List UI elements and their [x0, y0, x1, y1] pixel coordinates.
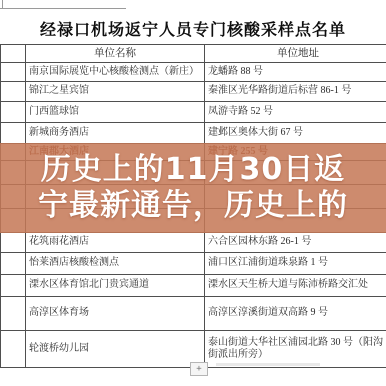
cell-name: 新城商务酒店 — [26, 123, 205, 144]
cell-addr: 浦口区江浦街道珠泉路 1 号 — [205, 253, 386, 275]
caption-line-2: 宁最新通告，历史上的 — [38, 188, 348, 224]
screenshot-canvas: 经禄口机场返宁人员专门核酸采样点名单 单位名称 单位地址 南京国际展览中心核酸检… — [0, 0, 386, 386]
cell-addr: 龙蟠路 88 号 — [205, 63, 386, 82]
cell-addr: 六合区园林东路 26-1 号 — [205, 233, 386, 253]
table-row: 南京国际展览中心核酸检测点（新庄） 龙蟠路 88 号 — [1, 63, 386, 82]
table-add-handle[interactable]: + — [190, 362, 208, 376]
cell-name: 怡莱酒店核酸检测点 — [26, 253, 205, 275]
table-row: 高淳区体育场 高淳区淳溪街道双高路 9 号 (1 — [1, 297, 386, 331]
cell-addr: 溧水区天生桥大道与陈沛桥路交汇处 — [205, 275, 386, 297]
cell-addr: 高淳区淳溪街道双高路 9 号 — [205, 297, 386, 331]
table-header-row: 单位名称 单位地址 — [1, 45, 386, 63]
header-cell-index — [1, 45, 26, 63]
header-cell-addr: 单位地址 — [205, 45, 386, 63]
caption-overlay-banner: 历史上的11月30日返 宁最新通告，历史上的 — [0, 143, 386, 233]
cell-name: 轮渡桥幼儿园 — [26, 331, 205, 368]
cell-name: 溧水区体育馆北门贵宾通道 — [26, 275, 205, 297]
table-row: 门西篮球馆 凤游寺路 52 号 — [1, 102, 386, 123]
cell-addr: 建邺区奥体大街 67 号 — [205, 123, 386, 144]
document-title: 经禄口机场返宁人员专门核酸采样点名单 — [0, 17, 386, 40]
table-row: 花筑雨花酒店 六合区园林东路 26-1 号 — [1, 233, 386, 253]
table-row: 怡莱酒店核酸检测点 浦口区江浦街道珠泉路 1 号 — [1, 253, 386, 275]
cropped-table-line-vertical — [2, 0, 3, 8]
cell-addr: 秦淮区光华路街道后标营 86-1 号 — [205, 82, 386, 102]
cell-name: 门西篮球馆 — [26, 102, 205, 123]
cell-name: 花筑雨花酒店 — [26, 233, 205, 253]
cropped-table-line-horizontal — [0, 8, 126, 9]
header-cell-name: 单位名称 — [26, 45, 205, 63]
bottom-artifact — [216, 363, 320, 366]
caption-line-1: 历史上的11月30日返 — [41, 152, 346, 188]
table-row: 溧水区体育馆北门贵宾通道 溧水区天生桥大道与陈沛桥路交汇处 — [1, 275, 386, 297]
cell-addr: 凤游寺路 52 号 — [205, 102, 386, 123]
cell-addr: 泰山街道大华社区浦园北路 30 号（阳沟街派出所旁） — [205, 331, 386, 368]
cell-name: 南京国际展览中心核酸检测点（新庄） — [26, 63, 205, 82]
cell-name: 锦江之星宾馆 — [26, 82, 205, 102]
table-row: 新城商务酒店 建邺区奥体大街 67 号 — [1, 123, 386, 144]
cell-name: 高淳区体育场 — [26, 297, 205, 331]
table-row: 锦江之星宾馆 秦淮区光华路街道后标营 86-1 号 02 — [1, 82, 386, 102]
